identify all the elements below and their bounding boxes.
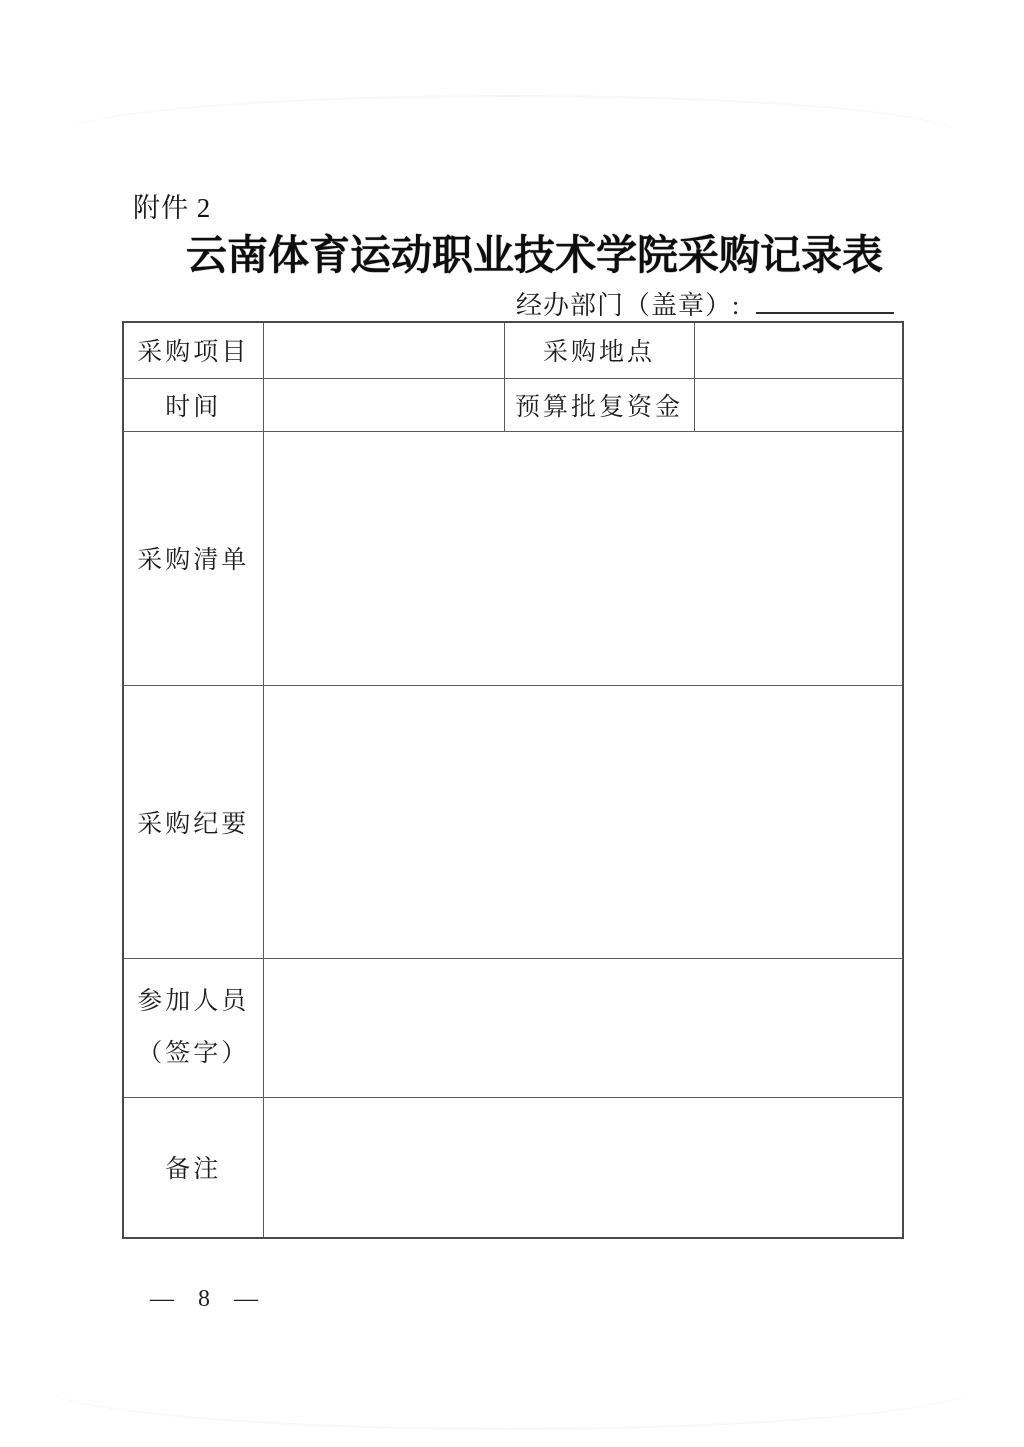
scan-artifact-bottom: [40, 1385, 980, 1430]
page-number: — 8 —: [150, 1286, 260, 1313]
participants-label-line1: 参加人员: [124, 976, 263, 1028]
document-page: 附件 2 云南体育运动职业技术学院采购记录表 经办部门（盖章）: 采购项目 采购…: [0, 0, 1024, 1447]
purchase-place-label: 采购地点: [504, 322, 694, 378]
participants-label-line2: （签字）: [124, 1028, 263, 1080]
purchase-summary-label: 采购纪要: [123, 685, 263, 958]
table-row: 采购纪要: [123, 685, 903, 958]
scan-artifact-top: [60, 95, 960, 135]
table-row: 备注: [123, 1097, 903, 1238]
budget-approval-value-cell: [694, 378, 903, 431]
procurement-record-table: 采购项目 采购地点 时间 预算批复资金 采购清单 采购纪要 参: [122, 321, 904, 1239]
budget-approval-label: 预算批复资金: [504, 378, 694, 431]
time-value-cell: [263, 378, 504, 431]
attachment-label: 附件 2: [133, 186, 211, 225]
table-row: 采购清单: [123, 431, 903, 685]
purchase-summary-value-cell: [263, 685, 903, 958]
remarks-label: 备注: [123, 1097, 263, 1238]
table-row: 时间 预算批复资金: [123, 378, 903, 431]
participants-value-cell: [263, 958, 903, 1097]
participants-label: 参加人员 （签字）: [123, 958, 263, 1097]
time-label: 时间: [123, 378, 263, 431]
page-title: 云南体育运动职业技术学院采购记录表: [186, 222, 883, 281]
dept-stamp-line: 经办部门（盖章）:: [516, 285, 894, 322]
purchase-item-value-cell: [263, 322, 504, 378]
remarks-value-cell: [263, 1097, 903, 1238]
purchase-place-value-cell: [694, 322, 903, 378]
table-row: 采购项目 采购地点: [123, 322, 903, 378]
dept-stamp-label: 经办部门（盖章）:: [516, 291, 740, 320]
table-row: 参加人员 （签字）: [123, 958, 903, 1097]
purchase-item-label: 采购项目: [123, 322, 263, 378]
purchase-list-value-cell: [263, 431, 903, 685]
dept-stamp-fill-line: [756, 292, 894, 314]
purchase-list-label: 采购清单: [123, 431, 263, 685]
